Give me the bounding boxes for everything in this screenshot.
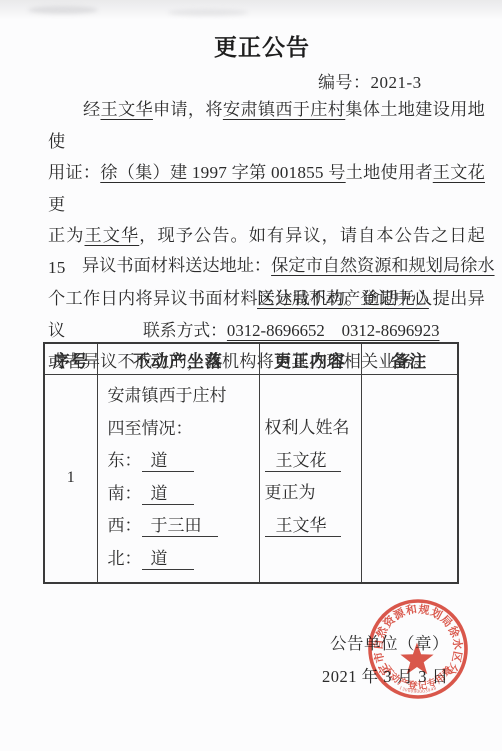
boundary-label: 西： (108, 516, 142, 535)
location-village: 安肃镇西于庄村 (108, 380, 255, 413)
row-index: 1 (44, 375, 97, 583)
boundary-east: 东：道 (108, 445, 255, 478)
old-name-value: 王文花 (265, 451, 341, 472)
address-line-1: 异议书面材料送达地址：保定市自然资源和规划局徐水 (82, 250, 495, 282)
boundary-label: 北： (108, 549, 142, 568)
official-seal: 保定市自然资源和规划局徐水区分局 不动产登记专用章 1300090003948 (363, 594, 473, 704)
land-location: 安肃镇西于庄村 (223, 100, 345, 119)
document-number-value: 2021-3 (371, 73, 422, 92)
boundary-value: 于三田 (142, 516, 218, 537)
correction-field-label: 权利人姓名 (265, 412, 359, 445)
document-number-label: 编号： (318, 73, 371, 92)
table-row: 1 安肃镇西于庄村 四至情况： 东：道 南：道 西：于三田 北：道 权利人姓名 … (44, 375, 458, 583)
correction-old-value: 王文花 (265, 445, 359, 478)
address-value-part2: 区分局不动产登记中心 (257, 289, 429, 308)
body-text: 用证： (48, 163, 100, 182)
location-boundaries-label: 四至情况： (108, 413, 255, 446)
certificate-number: 徐（集）建 1997 字第 001855 号 (100, 163, 345, 182)
document-number: 编号：2021-3 (318, 68, 422, 93)
new-name: 王文华 (85, 226, 140, 245)
old-name: 王文花 (433, 163, 485, 182)
body-text: 经 (83, 100, 100, 119)
scan-smudge (168, 9, 248, 16)
body-line-2: 用证：徐（集）建 1997 字第 001855 号土地使用者王文花更 (48, 157, 485, 220)
row-correction-cell: 权利人姓名 王文花 更正为 王文华 (259, 375, 361, 583)
new-name-value: 王文华 (265, 516, 341, 537)
table-header-row: 序号 不动产坐落 更正内容 备注 (44, 343, 458, 375)
body-text: 土地使用者 (346, 163, 433, 182)
correction-new-value: 王文华 (265, 510, 359, 543)
boundary-label: 南： (108, 484, 142, 503)
address-value-part1: 保定市自然资源和规划局徐水 (271, 256, 494, 275)
applicant-name: 王文华 (100, 100, 152, 119)
contact-phone-numbers: 0312-8696652 0312-8696923 (227, 321, 440, 340)
boundary-south: 南：道 (108, 478, 255, 511)
row-location-cell: 安肃镇西于庄村 四至情况： 东：道 南：道 西：于三田 北：道 (97, 375, 259, 583)
header-correction: 更正内容 (259, 343, 361, 375)
header-location: 不动产坐落 (97, 343, 259, 375)
boundary-value: 道 (142, 549, 194, 570)
boundary-label: 东： (108, 451, 142, 470)
boundary-west: 西：于三田 (108, 510, 255, 543)
address-line-2: 区分局不动产登记中心 (257, 283, 429, 315)
header-index: 序号 (44, 343, 97, 375)
contact-label: 联系方式： (143, 321, 227, 340)
page-title: 更正公告 (214, 29, 310, 62)
boundary-north: 北：道 (108, 543, 255, 576)
row-remark-cell (361, 375, 458, 583)
boundary-value: 道 (142, 484, 194, 505)
correction-table: 序号 不动产坐落 更正内容 备注 1 安肃镇西于庄村 四至情况： 东：道 南：道… (43, 342, 459, 584)
notice-document: 更正公告 编号：2021-3 经王文华申请，将安肃镇西于庄村集体土地建设用地使 … (0, 0, 502, 751)
body-text: 正为 (48, 226, 85, 245)
boundary-value: 道 (142, 451, 194, 472)
body-text: 申请，将 (153, 100, 223, 119)
body-text: 更 (48, 195, 65, 214)
header-remark: 备注 (361, 343, 458, 375)
address-label: 异议书面材料送达地址： (82, 256, 271, 275)
seal-star-icon (400, 643, 433, 675)
correction-action-label: 更正为 (265, 477, 359, 510)
body-line-1: 经王文华申请，将安肃镇西于庄村集体土地建设用地使 (48, 94, 485, 157)
scan-smudge (28, 6, 98, 14)
